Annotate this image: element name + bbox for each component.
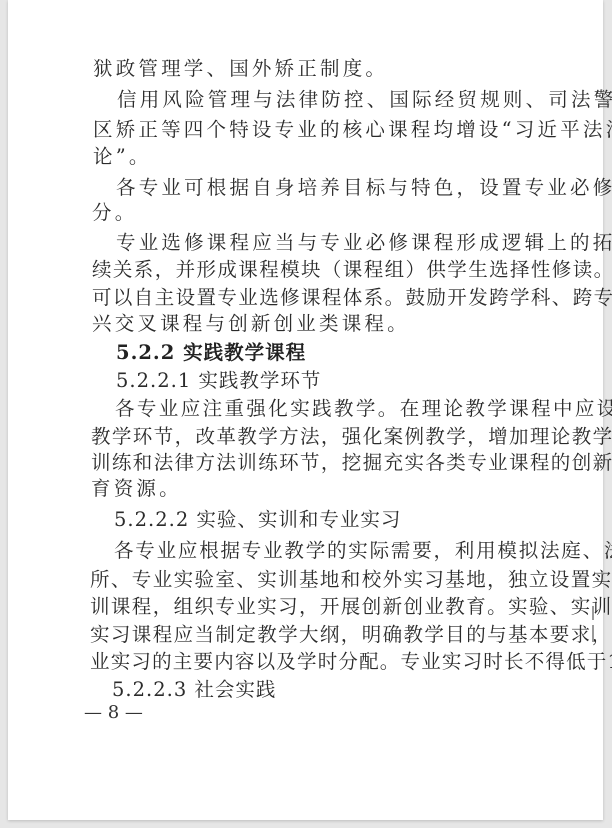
paragraph-line: 专业选修课程应当与专业必修课程形成逻辑上的拓展与延	[116, 231, 612, 255]
document-page: 狱政管理学、国外矫正制度。 信用风险管理与法律防控、国际经贸规则、司法警察学和社…	[8, 0, 603, 820]
page-number: — 8 —	[84, 701, 143, 725]
paragraph-line: 教学环节，改革教学方法，强化案例教学，增加理论教学中模拟	[91, 425, 612, 449]
scan-artifact	[592, 625, 594, 642]
paragraph-line: 所、专业实验室、实训基地和校外实习基地，独立设置实验、实	[90, 568, 612, 592]
paragraph-line: 狱政管理学、国外矫正制度。	[93, 57, 388, 81]
paragraph-line: 可以自主设置专业选修课程体系。鼓励开发跨学科、跨专业的新	[92, 286, 612, 310]
section-heading: 5.2.2 实践教学课程	[116, 341, 306, 365]
subsection-heading: 5.2.2.2 实验、实训和专业实习	[114, 508, 401, 532]
paragraph-line: 育资源。	[91, 477, 182, 501]
paragraph-line: 业实习的主要内容以及学时分配。专业实习时长不得低于10周。	[90, 650, 612, 674]
subsection-heading: 5.2.2.3 社会实践	[112, 678, 276, 702]
paragraph-line: 各专业应注重强化实践教学。在理论教学课程中应设置实践	[115, 397, 612, 421]
paragraph-line: 训课程，组织专业实习，开展创新创业教育。实验、实训和专业	[90, 595, 612, 619]
paragraph-line: 区矫正等四个特设专业的核心课程均增设“习近平法治思想概	[93, 118, 612, 142]
paragraph-line: 各专业应根据专业教学的实际需要，利用模拟法庭、法律诊	[114, 539, 612, 563]
paragraph-line: 各专业可根据自身培养目标与特色，设置专业必修课程学	[116, 176, 612, 200]
paragraph-line: 续关系，并形成课程模块（课程组）供学生选择性修读。各专业	[92, 258, 612, 282]
paragraph-line: 论”。	[93, 145, 152, 169]
paragraph-line: 分。	[92, 201, 137, 225]
paragraph-line: 实习课程应当制定教学大纲，明确教学目的与基本要求，明确专	[90, 623, 612, 647]
paragraph-line: 信用风险管理与法律防控、国际经贸规则、司法警察学和社	[117, 88, 612, 112]
scan-artifact	[592, 606, 594, 620]
subsection-heading: 5.2.2.1 实践教学环节	[116, 369, 321, 393]
paragraph-line: 兴交叉课程与创新创业类课程。	[92, 312, 410, 336]
paragraph-line: 训练和法律方法训练环节，挖掘充实各类专业课程的创新创业教	[91, 451, 612, 475]
